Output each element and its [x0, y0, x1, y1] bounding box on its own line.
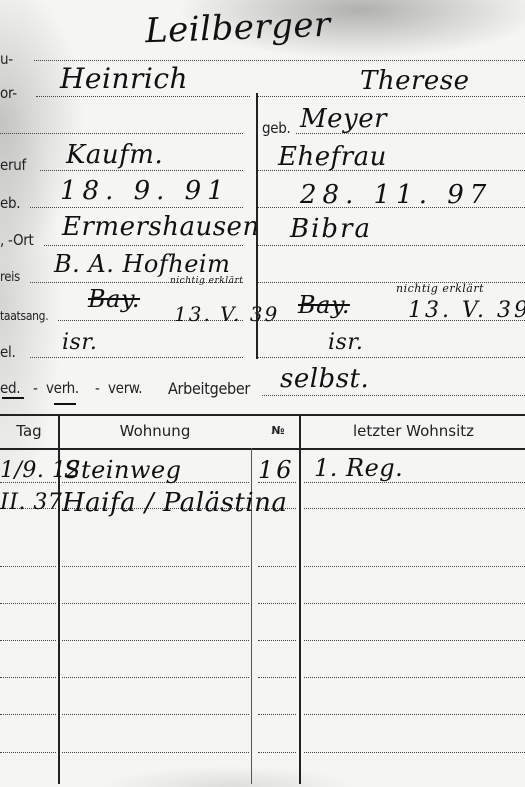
- table-row-line: [304, 677, 525, 678]
- row-line: [258, 357, 525, 358]
- table-row-line: [304, 752, 525, 753]
- label-employer: Arbeitgeber: [168, 379, 250, 398]
- label-birth-date: eb.: [0, 194, 20, 212]
- label-religion: el.: [0, 343, 15, 361]
- row-line: [36, 96, 250, 97]
- table-row-line: [258, 640, 296, 641]
- table-row-line: [0, 677, 56, 678]
- table-row-line: [258, 566, 296, 567]
- row-residence: Haifa / Palästina: [62, 488, 287, 518]
- table-row-line: [304, 603, 525, 604]
- table-row-line: [0, 752, 56, 753]
- husband-district: B. A. Hofheim: [54, 250, 230, 278]
- surname-value: Leilberger: [144, 5, 331, 51]
- table-row-line: [304, 482, 525, 483]
- table-row-line: [0, 640, 56, 641]
- label-citizenship: taatsang.: [0, 309, 48, 323]
- table-row-line: [258, 603, 296, 604]
- table-header-number: №: [256, 424, 300, 437]
- marital-option-married-underline: [54, 403, 76, 405]
- column-divider: [256, 93, 258, 359]
- row-number: 16: [258, 456, 295, 484]
- wife-occupation: Ehefrau: [278, 142, 387, 172]
- table-row-line: [62, 677, 249, 678]
- husband-birth-date: 18. 9. 91: [60, 176, 230, 206]
- marital-option-married: verh.: [46, 379, 79, 397]
- table-row-line: [258, 677, 296, 678]
- row-line: [44, 245, 243, 246]
- row-line: [258, 245, 525, 246]
- table-row-line: [62, 752, 249, 753]
- wife-citizenship-note-date: 13. V. 39: [408, 298, 525, 323]
- husband-first-name: Heinrich: [60, 62, 188, 95]
- wife-birth-place: Bibra: [290, 214, 372, 244]
- row-line: [30, 357, 243, 358]
- table-top-line: [0, 414, 525, 416]
- table-row-line: [0, 714, 56, 715]
- husband-birth-place: Ermershausen: [62, 212, 260, 242]
- label-occupation: eruf: [0, 156, 26, 174]
- marital-separator: -: [95, 379, 100, 397]
- table-row-line: [0, 566, 56, 567]
- table-row-line: [258, 714, 296, 715]
- row-residence: Steinweg: [64, 456, 182, 484]
- marital-option-single: ed.: [0, 379, 20, 397]
- row-line: [258, 96, 525, 97]
- table-header-residence: Wohnung: [60, 422, 250, 440]
- husband-occupation: Kaufm.: [66, 140, 163, 170]
- table-row-line: [304, 714, 525, 715]
- table-header-bottom-line: [0, 448, 525, 450]
- label-birth-place: , -Ort: [0, 231, 34, 249]
- table-row-line: [62, 566, 249, 567]
- marital-option-widowed: verw.: [108, 379, 142, 397]
- label-surname: u-: [0, 50, 13, 68]
- label-birth-name: geb.: [262, 119, 291, 137]
- husband-religion: isr.: [62, 330, 97, 355]
- table-row-line: [304, 508, 525, 509]
- wife-religion: isr.: [328, 330, 363, 355]
- row-day: II. 37: [0, 490, 62, 515]
- table-row-line: [62, 603, 249, 604]
- employer-value: selbst.: [280, 364, 369, 394]
- table-header-day: Tag: [0, 422, 58, 440]
- label-district: reis: [0, 270, 20, 285]
- wife-birth-date: 28. 11. 97: [300, 180, 492, 210]
- marital-option-single-underline: [2, 397, 24, 399]
- table-column-divider: [299, 414, 301, 784]
- table-row-line: [258, 752, 296, 753]
- wife-first-name: Therese: [360, 66, 470, 96]
- row-line: [30, 207, 243, 208]
- wife-citizenship-note: nichtig erklärt: [396, 282, 484, 295]
- marital-separator: -: [33, 379, 38, 397]
- row-line: [258, 282, 525, 283]
- table-row-line: [62, 714, 249, 715]
- table-row-line: [304, 566, 525, 567]
- wife-birth-name: Meyer: [300, 104, 387, 134]
- wife-citizenship-struck: Bay.: [298, 291, 350, 319]
- row-line: [0, 133, 243, 134]
- table-row-line: [304, 640, 525, 641]
- row-line: [40, 170, 243, 171]
- table-header-previous-residence: letzter Wohnsitz: [302, 422, 525, 440]
- table-row-line: [0, 603, 56, 604]
- label-first-name: or-: [0, 84, 17, 102]
- row-line: [34, 60, 525, 61]
- table-row-line: [62, 640, 249, 641]
- row-line: [262, 395, 525, 396]
- husband-citizenship-note: nichtig erklärt: [170, 276, 250, 286]
- husband-citizenship-note-date: 13. V. 39: [174, 302, 279, 326]
- husband-citizenship-struck: Bay.: [88, 285, 140, 313]
- row-previous-residence: 1. Reg.: [314, 454, 403, 482]
